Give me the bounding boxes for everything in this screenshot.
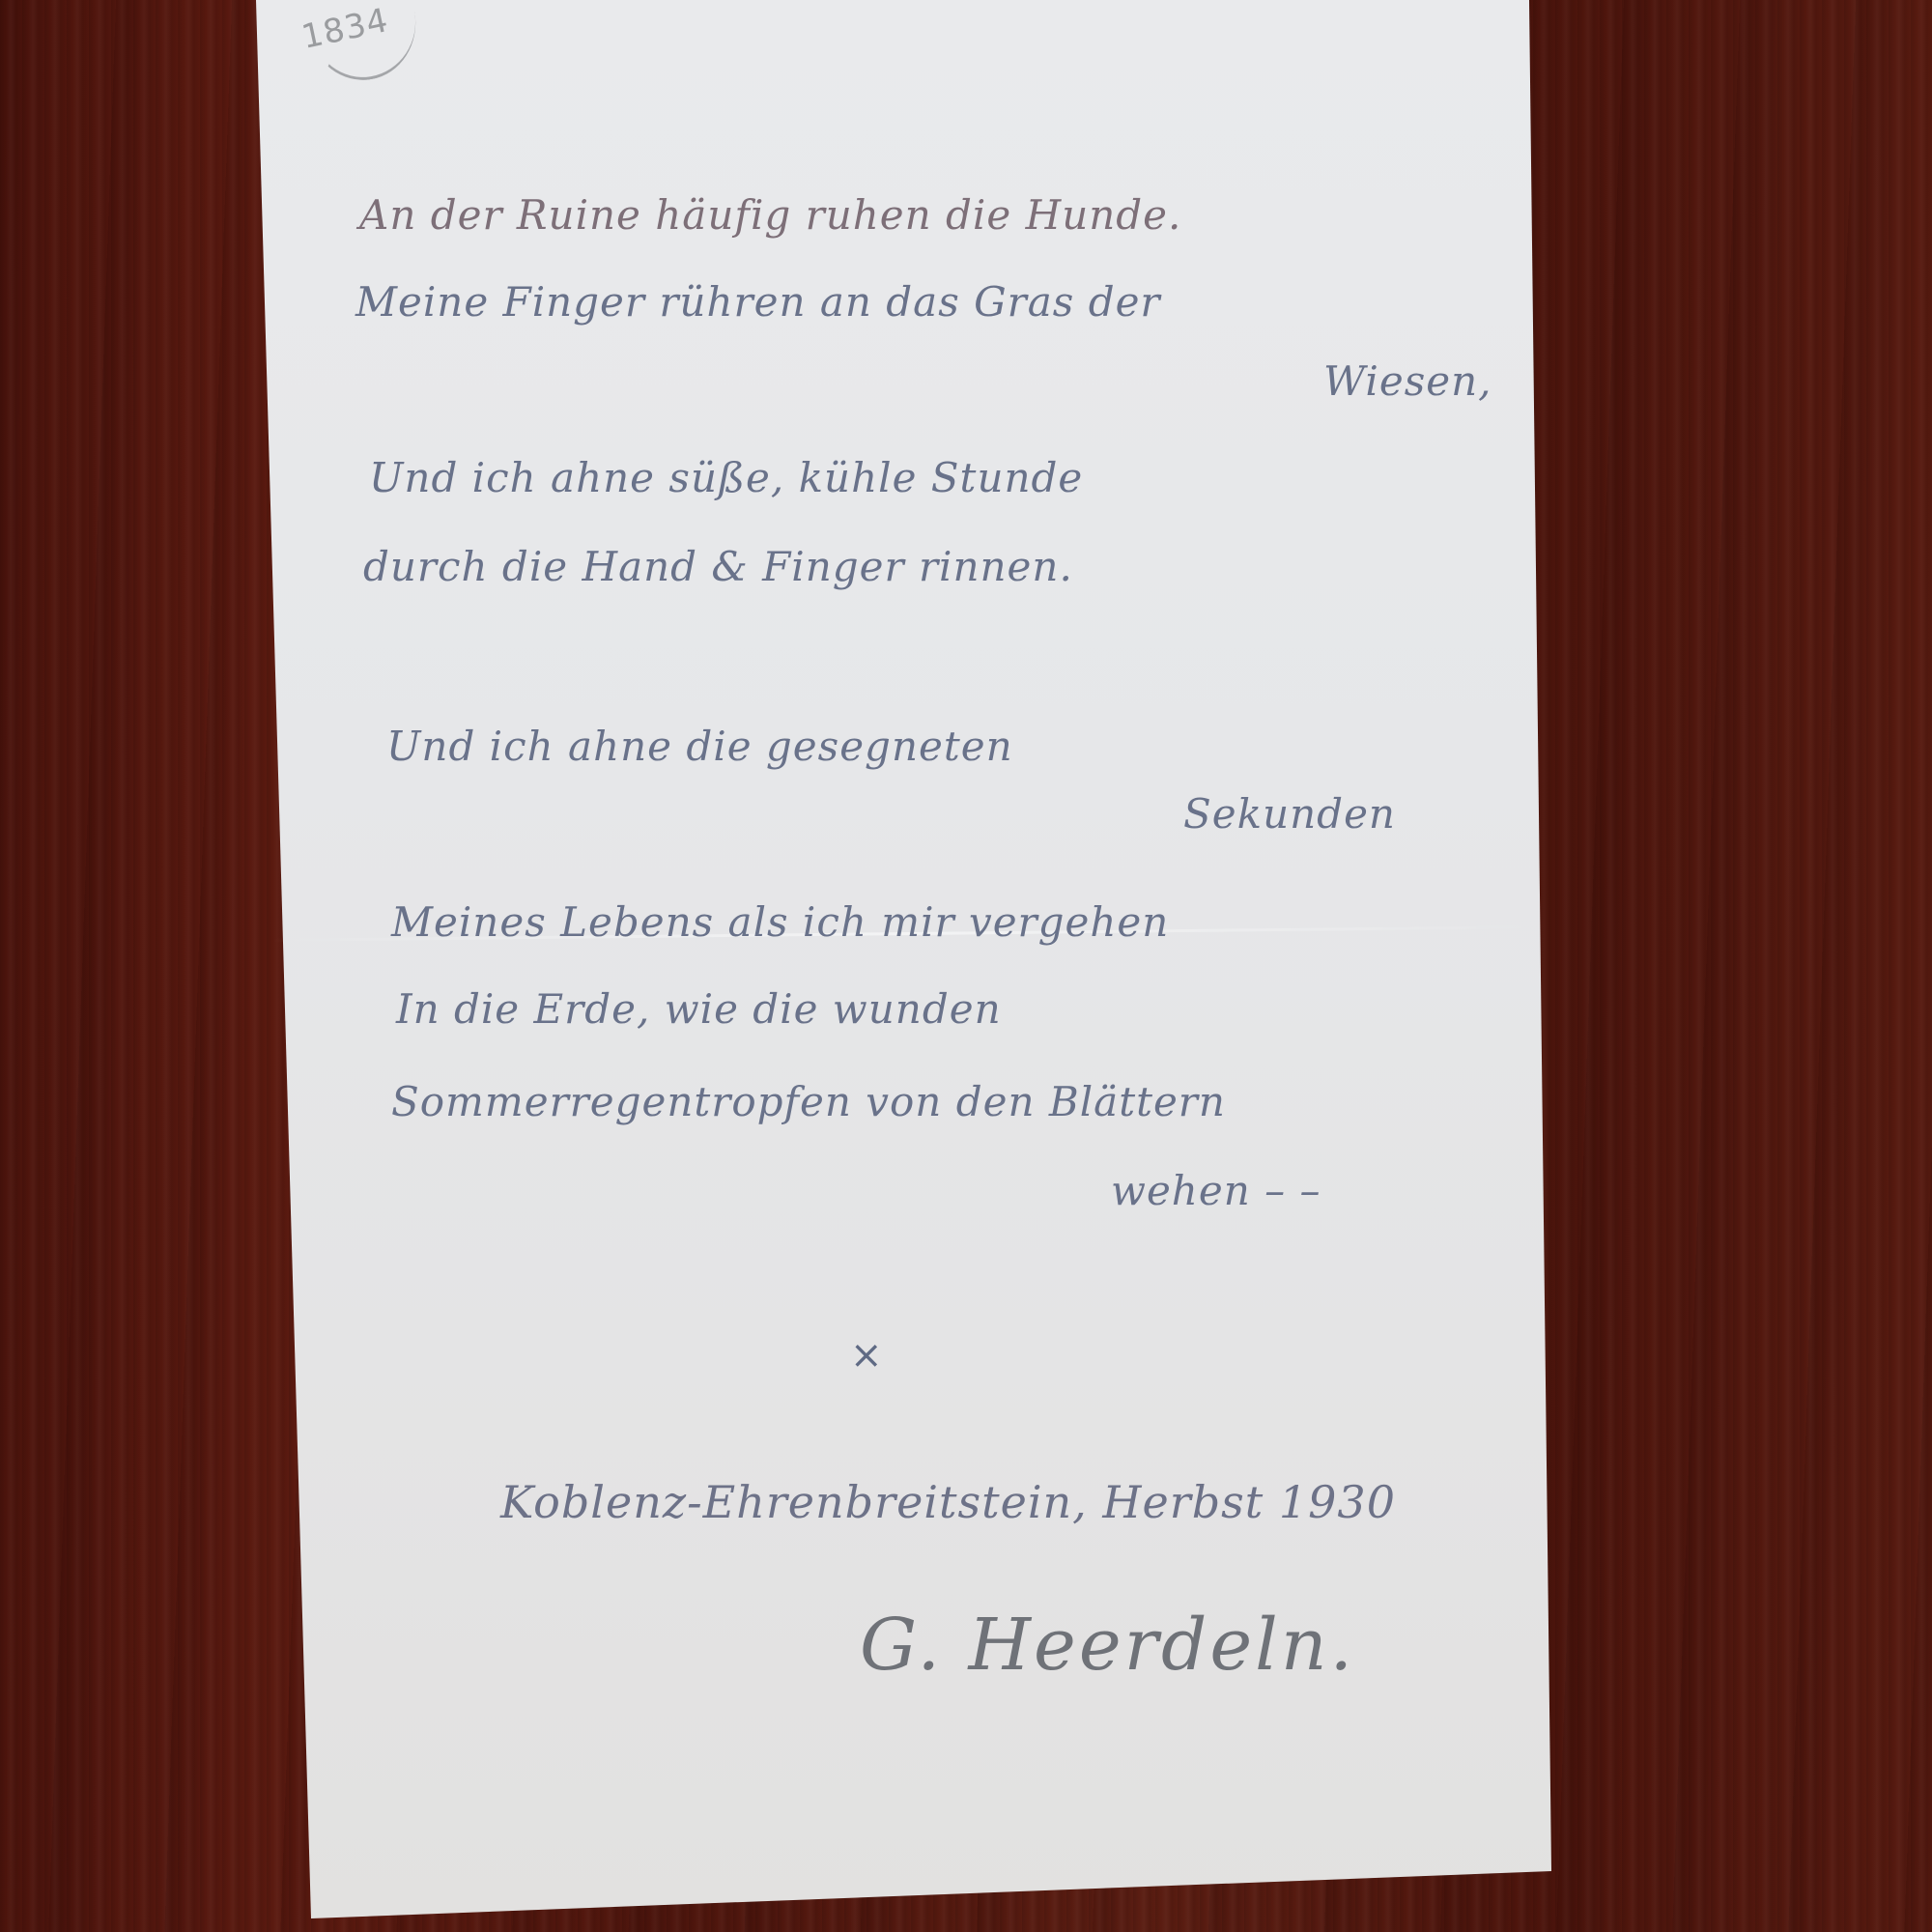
- author-signature: G. Heerdeln.: [860, 1604, 1355, 1687]
- poem-line: Wiesen,: [1323, 357, 1492, 405]
- poem-line: Meines Lebens als ich mir vergehen: [391, 898, 1169, 946]
- poem-line: Sommerregentropfen von den Blättern: [391, 1078, 1226, 1125]
- poem-line: Und ich ahne die gesegneten: [386, 723, 1013, 770]
- poem-line: An der Ruine häufig ruhen die Hunde.: [359, 191, 1181, 239]
- poem-line: durch die Hand & Finger rinnen.: [363, 543, 1073, 590]
- poem-line: wehen – –: [1111, 1167, 1321, 1214]
- poem-line: Und ich ahne süße, kühle Stunde: [369, 454, 1083, 501]
- separator-mark: ×: [850, 1333, 883, 1378]
- poem-line: In die Erde, wie die wunden: [396, 985, 1002, 1033]
- poem-line: Sekunden: [1183, 790, 1396, 838]
- place-date-line: Koblenz-Ehrenbreitstein, Herbst 1930: [500, 1476, 1396, 1528]
- poem-line: Meine Finger rühren an das Gras der: [355, 278, 1161, 326]
